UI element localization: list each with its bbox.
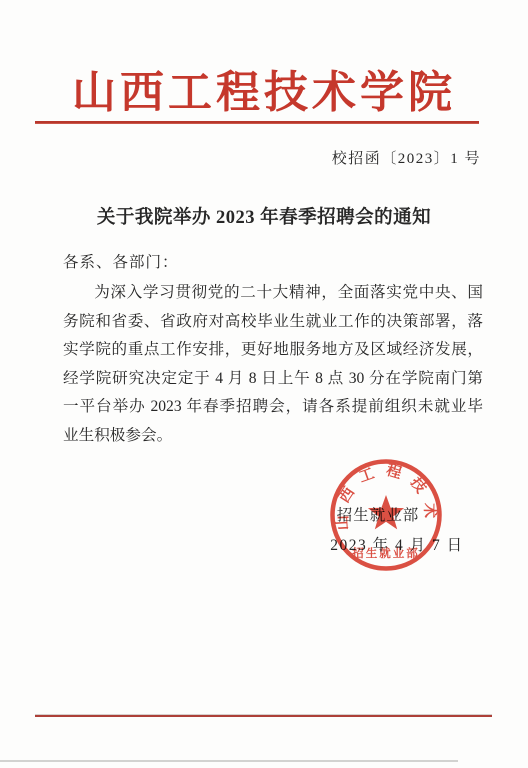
notice-title: 关于我院举办 2023 年春季招聘会的通知 bbox=[0, 203, 528, 229]
body-line: 务院和省委、省政府对高校毕业生就业工作的决策部署，落 bbox=[63, 308, 483, 337]
notice-body: 为深入学习贯彻党的二十大精神，全面落实党中央、国务院和省委、省政府对高校毕业生就… bbox=[63, 279, 483, 451]
scan-edge-artifact bbox=[0, 760, 458, 762]
body-line: 经学院研究决定定于 4 月 8 日上午 8 点 30 分在学院南门第 bbox=[63, 365, 483, 394]
seal-bottom-text: 招生就业部 bbox=[351, 546, 420, 560]
scanned-notice-document: 山西工程技术学院 校招函〔2023〕1 号 关于我院举办 2023 年春季招聘会… bbox=[0, 0, 528, 768]
doc-number: 校招函〔2023〕1 号 bbox=[332, 147, 481, 168]
body-line: 实学院的重点工作安排，更好地服务地方及区域经济发展， bbox=[63, 336, 483, 365]
body-line: 一平台举办 2023 年春季招聘会，请各系提前组织未就业毕 bbox=[63, 393, 483, 422]
red-star-icon bbox=[368, 495, 404, 529]
body-line: 业生积极参会。 bbox=[63, 422, 483, 451]
letterhead-title: 山西工程技术学院 bbox=[0, 56, 528, 120]
salutation: 各系、各部门： bbox=[63, 250, 179, 272]
letterhead-rule bbox=[35, 121, 479, 123]
footer-rule bbox=[35, 715, 492, 717]
official-seal: 山西工程技术学院 招生就业部 bbox=[328, 457, 444, 573]
body-line: 为深入学习贯彻党的二十大精神，全面落实党中央、国 bbox=[63, 279, 483, 308]
